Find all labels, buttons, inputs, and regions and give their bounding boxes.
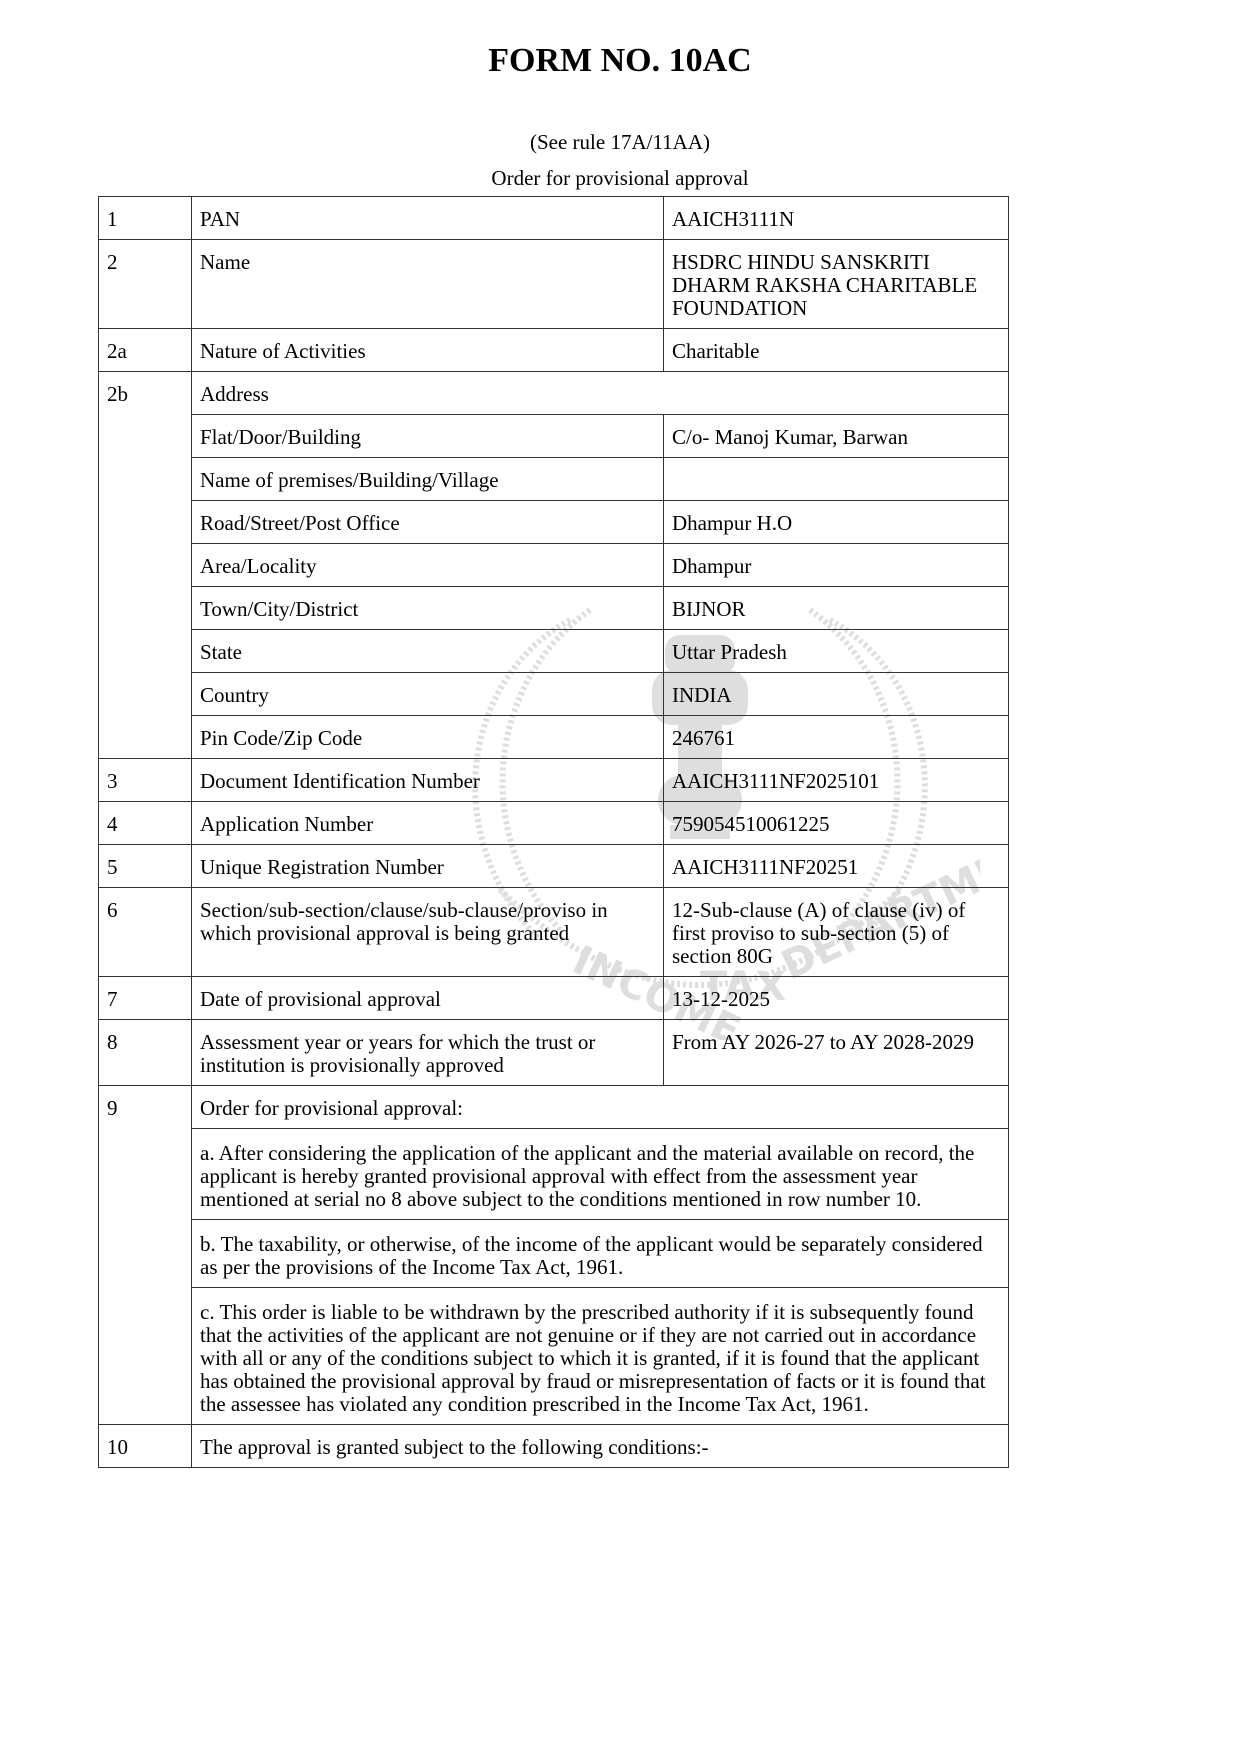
assessment-year-value: From AY 2026-27 to AY 2028-2029 bbox=[664, 1020, 1009, 1086]
address-label: State bbox=[192, 630, 664, 673]
order-paragraph-b: b. The taxability, or otherwise, of the … bbox=[192, 1220, 1009, 1288]
address-label: Road/Street/Post Office bbox=[192, 501, 664, 544]
table-row-assessment-year: 8 Assessment year or years for which the… bbox=[99, 1020, 1009, 1086]
row-number: 10 bbox=[99, 1425, 192, 1468]
address-label: Flat/Door/Building bbox=[192, 415, 664, 458]
field-label: Nature of Activities bbox=[192, 329, 664, 372]
address-value: Uttar Pradesh bbox=[664, 630, 1009, 673]
row-number: 4 bbox=[99, 802, 192, 845]
address-row: Country INDIA bbox=[99, 673, 1009, 716]
row-number: 6 bbox=[99, 888, 192, 977]
rule-reference: (See rule 17A/11AA) bbox=[0, 130, 1240, 155]
nature-value: Charitable bbox=[664, 329, 1009, 372]
urn-value: AAICH3111NF20251 bbox=[664, 845, 1009, 888]
table-row-order: 9 Order for provisional approval: bbox=[99, 1086, 1009, 1129]
table-row-conditions: 10 The approval is granted subject to th… bbox=[99, 1425, 1009, 1468]
section-value: 12-Sub-clause (A) of clause (iv) of firs… bbox=[664, 888, 1009, 977]
table-row-nature: 2a Nature of Activities Charitable bbox=[99, 329, 1009, 372]
table-row-urn: 5 Unique Registration Number AAICH3111NF… bbox=[99, 845, 1009, 888]
address-label: Name of premises/Building/Village bbox=[192, 458, 664, 501]
date-value: 13-12-2025 bbox=[664, 977, 1009, 1020]
field-label: Date of provisional approval bbox=[192, 977, 664, 1020]
table-row-pan: 1 PAN AAICH3111N bbox=[99, 197, 1009, 240]
address-label: Town/City/District bbox=[192, 587, 664, 630]
field-label: Address bbox=[192, 372, 1009, 415]
field-label: Application Number bbox=[192, 802, 664, 845]
din-value: AAICH3111NF2025101 bbox=[664, 759, 1009, 802]
pan-value: AAICH3111N bbox=[664, 197, 1009, 240]
row-number: 2b bbox=[99, 372, 192, 759]
row-number: 7 bbox=[99, 977, 192, 1020]
address-value: Dhampur H.O bbox=[664, 501, 1009, 544]
address-row: Town/City/District BIJNOR bbox=[99, 587, 1009, 630]
address-label: Pin Code/Zip Code bbox=[192, 716, 664, 759]
order-paragraph-row: b. The taxability, or otherwise, of the … bbox=[99, 1220, 1009, 1288]
field-label: The approval is granted subject to the f… bbox=[192, 1425, 1009, 1468]
row-number: 5 bbox=[99, 845, 192, 888]
table-row-name: 2 Name HSDRC HINDU SANSKRITI DHARM RAKSH… bbox=[99, 240, 1009, 329]
form-title: FORM NO. 10AC bbox=[0, 42, 1240, 80]
field-label: Name bbox=[192, 240, 664, 329]
name-value: HSDRC HINDU SANSKRITI DHARM RAKSHA CHARI… bbox=[664, 240, 1009, 329]
table-row-application: 4 Application Number 759054510061225 bbox=[99, 802, 1009, 845]
form-subtitle: Order for provisional approval bbox=[0, 166, 1240, 191]
row-number: 9 bbox=[99, 1086, 192, 1425]
table-row-address: 2b Address bbox=[99, 372, 1009, 415]
table-row-din: 3 Document Identification Number AAICH31… bbox=[99, 759, 1009, 802]
field-label: Assessment year or years for which the t… bbox=[192, 1020, 664, 1086]
field-label: PAN bbox=[192, 197, 664, 240]
order-paragraph-row: a. After considering the application of … bbox=[99, 1129, 1009, 1220]
address-row: Name of premises/Building/Village bbox=[99, 458, 1009, 501]
address-value: INDIA bbox=[664, 673, 1009, 716]
address-row: Flat/Door/Building C/o- Manoj Kumar, Bar… bbox=[99, 415, 1009, 458]
order-paragraph-c: c. This order is liable to be withdrawn … bbox=[192, 1288, 1009, 1425]
application-value: 759054510061225 bbox=[664, 802, 1009, 845]
field-label: Order for provisional approval: bbox=[192, 1086, 1009, 1129]
table-row-section: 6 Section/sub-section/clause/sub-clause/… bbox=[99, 888, 1009, 977]
address-value: Dhampur bbox=[664, 544, 1009, 587]
row-number: 2a bbox=[99, 329, 192, 372]
table-row-date: 7 Date of provisional approval 13-12-202… bbox=[99, 977, 1009, 1020]
address-row: State Uttar Pradesh bbox=[99, 630, 1009, 673]
order-paragraph-a: a. After considering the application of … bbox=[192, 1129, 1009, 1220]
row-number: 1 bbox=[99, 197, 192, 240]
address-row: Road/Street/Post Office Dhampur H.O bbox=[99, 501, 1009, 544]
address-value: C/o- Manoj Kumar, Barwan bbox=[664, 415, 1009, 458]
address-value bbox=[664, 458, 1009, 501]
form-table: 1 PAN AAICH3111N 2 Name HSDRC HINDU SANS… bbox=[98, 196, 1009, 1468]
row-number: 8 bbox=[99, 1020, 192, 1086]
address-row: Pin Code/Zip Code 246761 bbox=[99, 716, 1009, 759]
order-paragraph-row: c. This order is liable to be withdrawn … bbox=[99, 1288, 1009, 1425]
address-value: 246761 bbox=[664, 716, 1009, 759]
field-label: Unique Registration Number bbox=[192, 845, 664, 888]
row-number: 3 bbox=[99, 759, 192, 802]
field-label: Section/sub-section/clause/sub-clause/pr… bbox=[192, 888, 664, 977]
row-number: 2 bbox=[99, 240, 192, 329]
address-row: Area/Locality Dhampur bbox=[99, 544, 1009, 587]
field-label: Document Identification Number bbox=[192, 759, 664, 802]
address-label: Country bbox=[192, 673, 664, 716]
address-label: Area/Locality bbox=[192, 544, 664, 587]
address-value: BIJNOR bbox=[664, 587, 1009, 630]
